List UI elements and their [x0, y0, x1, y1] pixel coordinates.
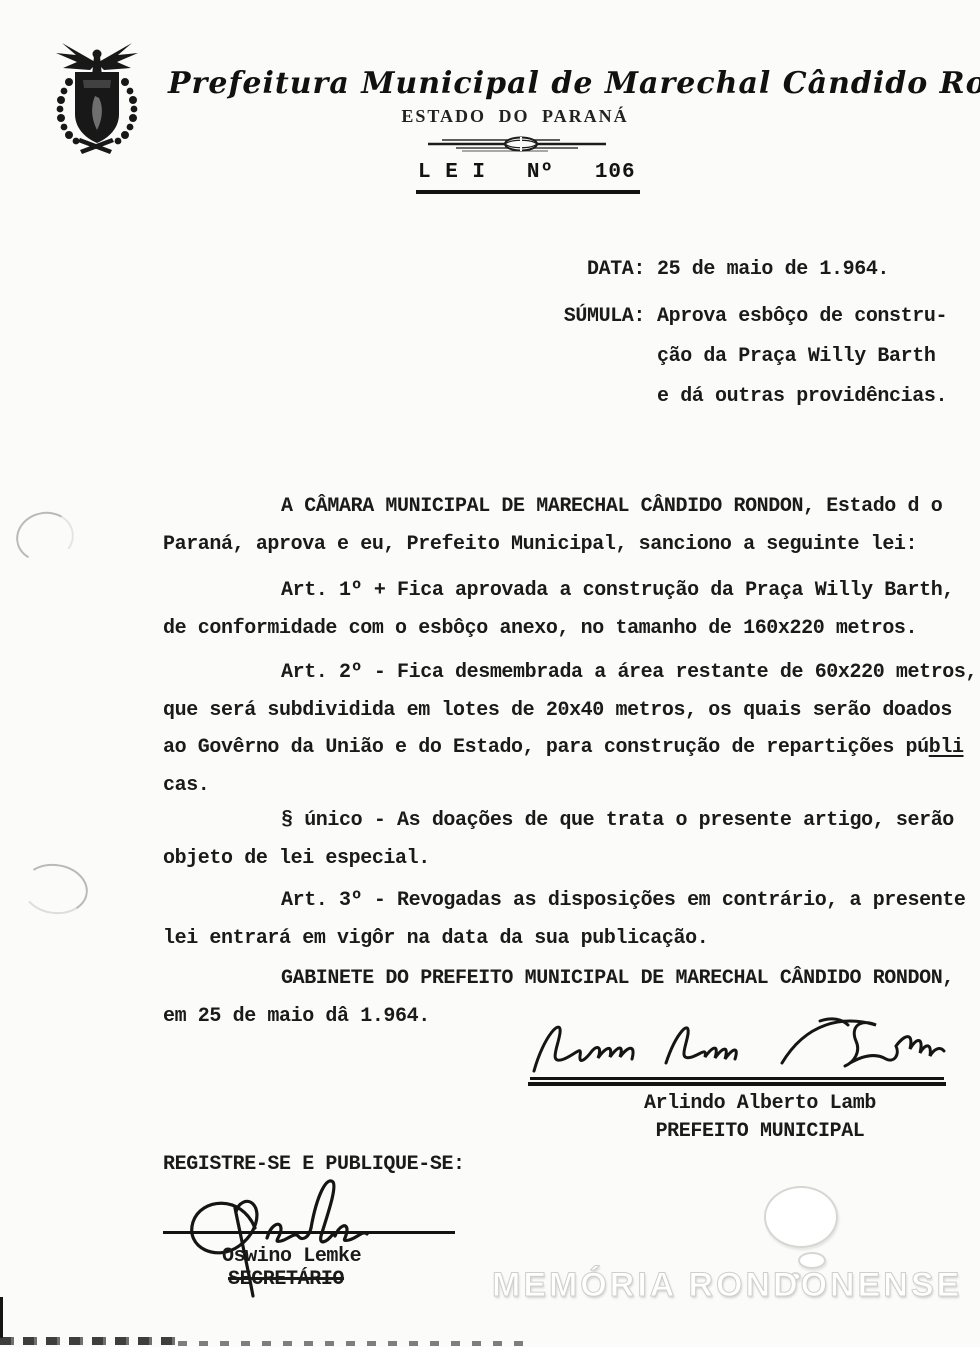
mayor-signature [520, 1013, 950, 1085]
sumula-line: ção da Praça Willy Barth [657, 344, 935, 370]
signature-rule [163, 1231, 455, 1234]
signature-rule [530, 1077, 944, 1080]
scan-edge-artifact [0, 1297, 3, 1338]
sumula-line: Aprova esbôço de constru- [657, 304, 947, 330]
body-line: Art. 1º + Fica aprovada a construção da … [281, 578, 954, 604]
body-line: em 25 de maio dâ 1.964. [163, 1004, 430, 1030]
body-line: ao Govêrno da União e do Estado, para co… [163, 735, 964, 761]
pen-mark [19, 860, 91, 919]
scan-bottom-smudge [0, 1337, 178, 1345]
body-line: cas. [163, 773, 209, 799]
letterhead-title: Prefeitura Municipal de Marechal Cândido… [168, 66, 858, 101]
body-line-underlined-syllable: bli [929, 736, 964, 759]
date-value: 25 de maio de 1.964. [657, 257, 889, 283]
signature-rule [528, 1082, 946, 1086]
sumula-line: e dá outras providências. [657, 384, 947, 410]
mayor-name: Arlindo Alberto Lamb [630, 1091, 890, 1117]
body-line-text: ao Govêrno da União e do Estado, para co… [163, 736, 929, 759]
body-line: lei entrará em vigôr na data da sua publ… [163, 926, 708, 952]
watermark-text: MEMÓRIA RONDONENSE [492, 1266, 962, 1305]
body-line: GABINETE DO PREFEITO MUNICIPAL DE MARECH… [281, 966, 954, 992]
scanned-law-document: Prefeitura Municipal de Marechal Cândido… [0, 0, 980, 1347]
secretary-title: SECRETÁRIO [228, 1267, 344, 1293]
watermark-bubble-icon [764, 1186, 838, 1248]
body-line: § único - As doações de que trata o pres… [281, 808, 954, 834]
mayor-title: PREFEITO MUNICIPAL [630, 1119, 890, 1145]
body-line: que será subdividida em lotes de 20x40 m… [163, 698, 952, 724]
body-line: objeto de lei especial. [163, 846, 430, 872]
pen-mark [11, 507, 78, 568]
body-line: de conformidade com o esbôço anexo, no t… [163, 616, 917, 642]
coat-of-arms-icon [50, 38, 144, 154]
divider-ornament [428, 134, 606, 156]
body-line: Art. 3º - Revogadas as disposições em co… [281, 888, 966, 914]
sumula-label: SÚMULA: [557, 304, 645, 330]
letterhead-state-line: ESTADO DO PARANÁ [390, 106, 640, 127]
body-line: Art. 2º - Fica desmembrada a área restan… [281, 660, 977, 686]
body-line: Paraná, aprova e eu, Prefeito Municipal,… [163, 532, 917, 558]
body-line: A CÂMARA MUNICIPAL DE MARECHAL CÂNDIDO R… [281, 494, 942, 520]
law-number-heading: L E I Nº 106 [416, 160, 640, 194]
date-label: DATA: [557, 257, 645, 283]
scan-bottom-smudge [178, 1341, 533, 1346]
